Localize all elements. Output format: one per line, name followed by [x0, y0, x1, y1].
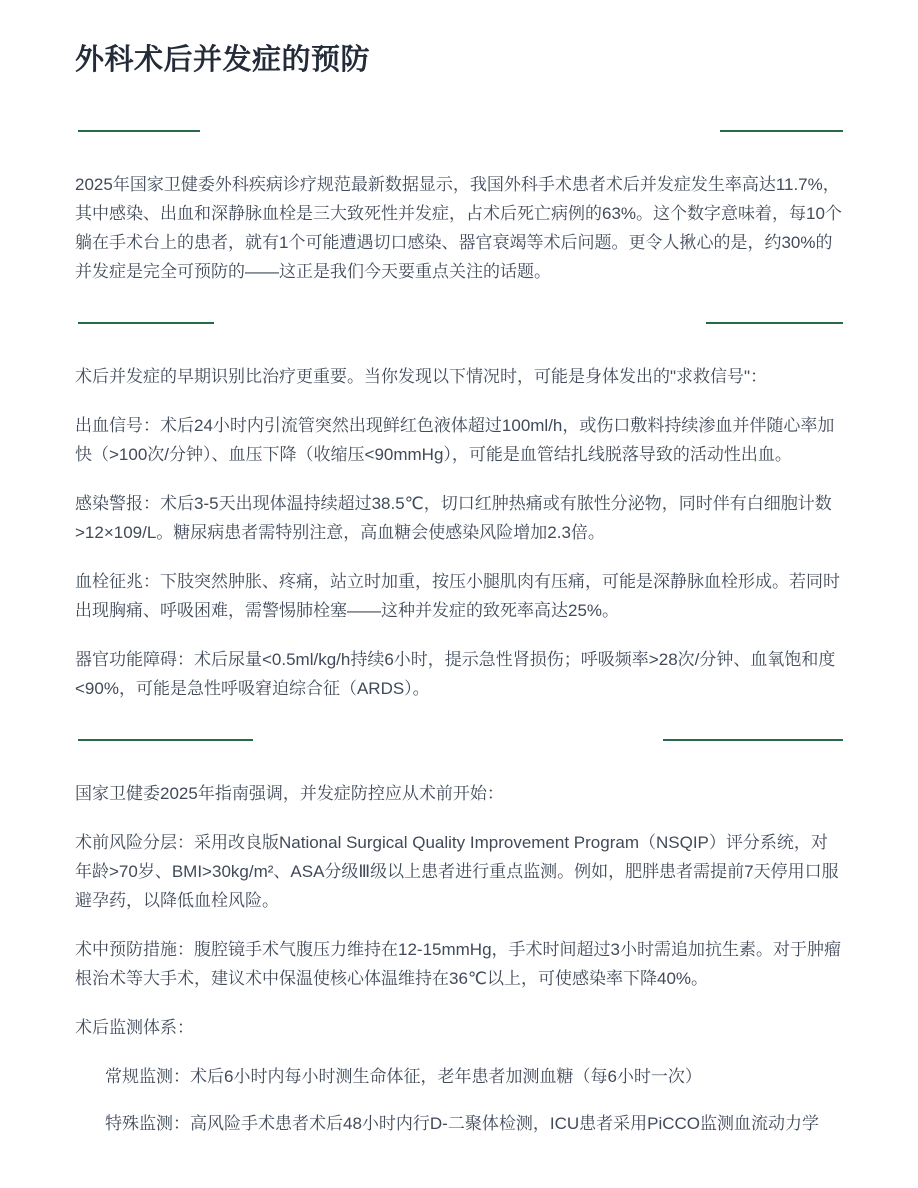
divider-segment-left — [78, 739, 253, 741]
paragraph-postop-monitoring-lead: 术后监测体系： — [75, 1013, 843, 1042]
document-page: 外科术后并发症的预防 2025年国家卫健委外科疾病诊疗规范最新数据显示，我国外科… — [0, 0, 918, 1138]
paragraph-preop-risk-stratification: 术前风险分层：采用改良版National Surgical Quality Im… — [75, 828, 843, 915]
divider-segment-right — [720, 130, 843, 132]
list-item-routine-monitoring: 常规监测：术后6小时内每小时测生命体征，老年患者加测血糖（每6小时一次） — [105, 1062, 843, 1091]
divider-segment-right — [663, 739, 843, 741]
paragraph-intraop-measures: 术中预防措施：腹腔镜手术气腹压力维持在12-15mmHg，手术时间超过3小时需追… — [75, 935, 843, 993]
section-divider — [75, 739, 843, 741]
paragraph-early-recognition-lead: 术后并发症的早期识别比治疗更重要。当你发现以下情况时，可能是身体发出的"求救信号… — [75, 362, 843, 391]
paragraph-thrombosis-sign: 血栓征兆：下肢突然肿胀、疼痛，站立时加重，按压小腿肌肉有压痛，可能是深静脉血栓形… — [75, 567, 843, 625]
section-divider — [75, 322, 843, 324]
paragraph-infection-alert: 感染警报：术后3-5天出现体温持续超过38.5℃，切口红肿热痛或有脓性分泌物，同… — [75, 489, 843, 547]
section-divider — [75, 130, 843, 132]
paragraph-prevention-lead: 国家卫健委2025年指南强调，并发症防控应从术前开始： — [75, 779, 843, 808]
paragraph-intro: 2025年国家卫健委外科疾病诊疗规范最新数据显示，我国外科手术患者术后并发症发生… — [75, 170, 843, 286]
divider-segment-left — [78, 130, 200, 132]
list-item-special-monitoring: 特殊监测：高风险手术患者术后48小时内行D-二聚体检测，ICU患者采用PiCCO… — [105, 1109, 843, 1138]
paragraph-bleeding-signal: 出血信号：术后24小时内引流管突然出现鲜红色液体超过100ml/h，或伤口敷料持… — [75, 411, 843, 469]
monitoring-list: 常规监测：术后6小时内每小时测生命体征，老年患者加测血糖（每6小时一次） 特殊监… — [75, 1062, 843, 1138]
divider-segment-right — [706, 322, 843, 324]
divider-segment-left — [78, 322, 214, 324]
page-title: 外科术后并发症的预防 — [75, 42, 843, 78]
paragraph-organ-dysfunction: 器官功能障碍：术后尿量<0.5ml/kg/h持续6小时，提示急性肾损伤；呼吸频率… — [75, 645, 843, 703]
